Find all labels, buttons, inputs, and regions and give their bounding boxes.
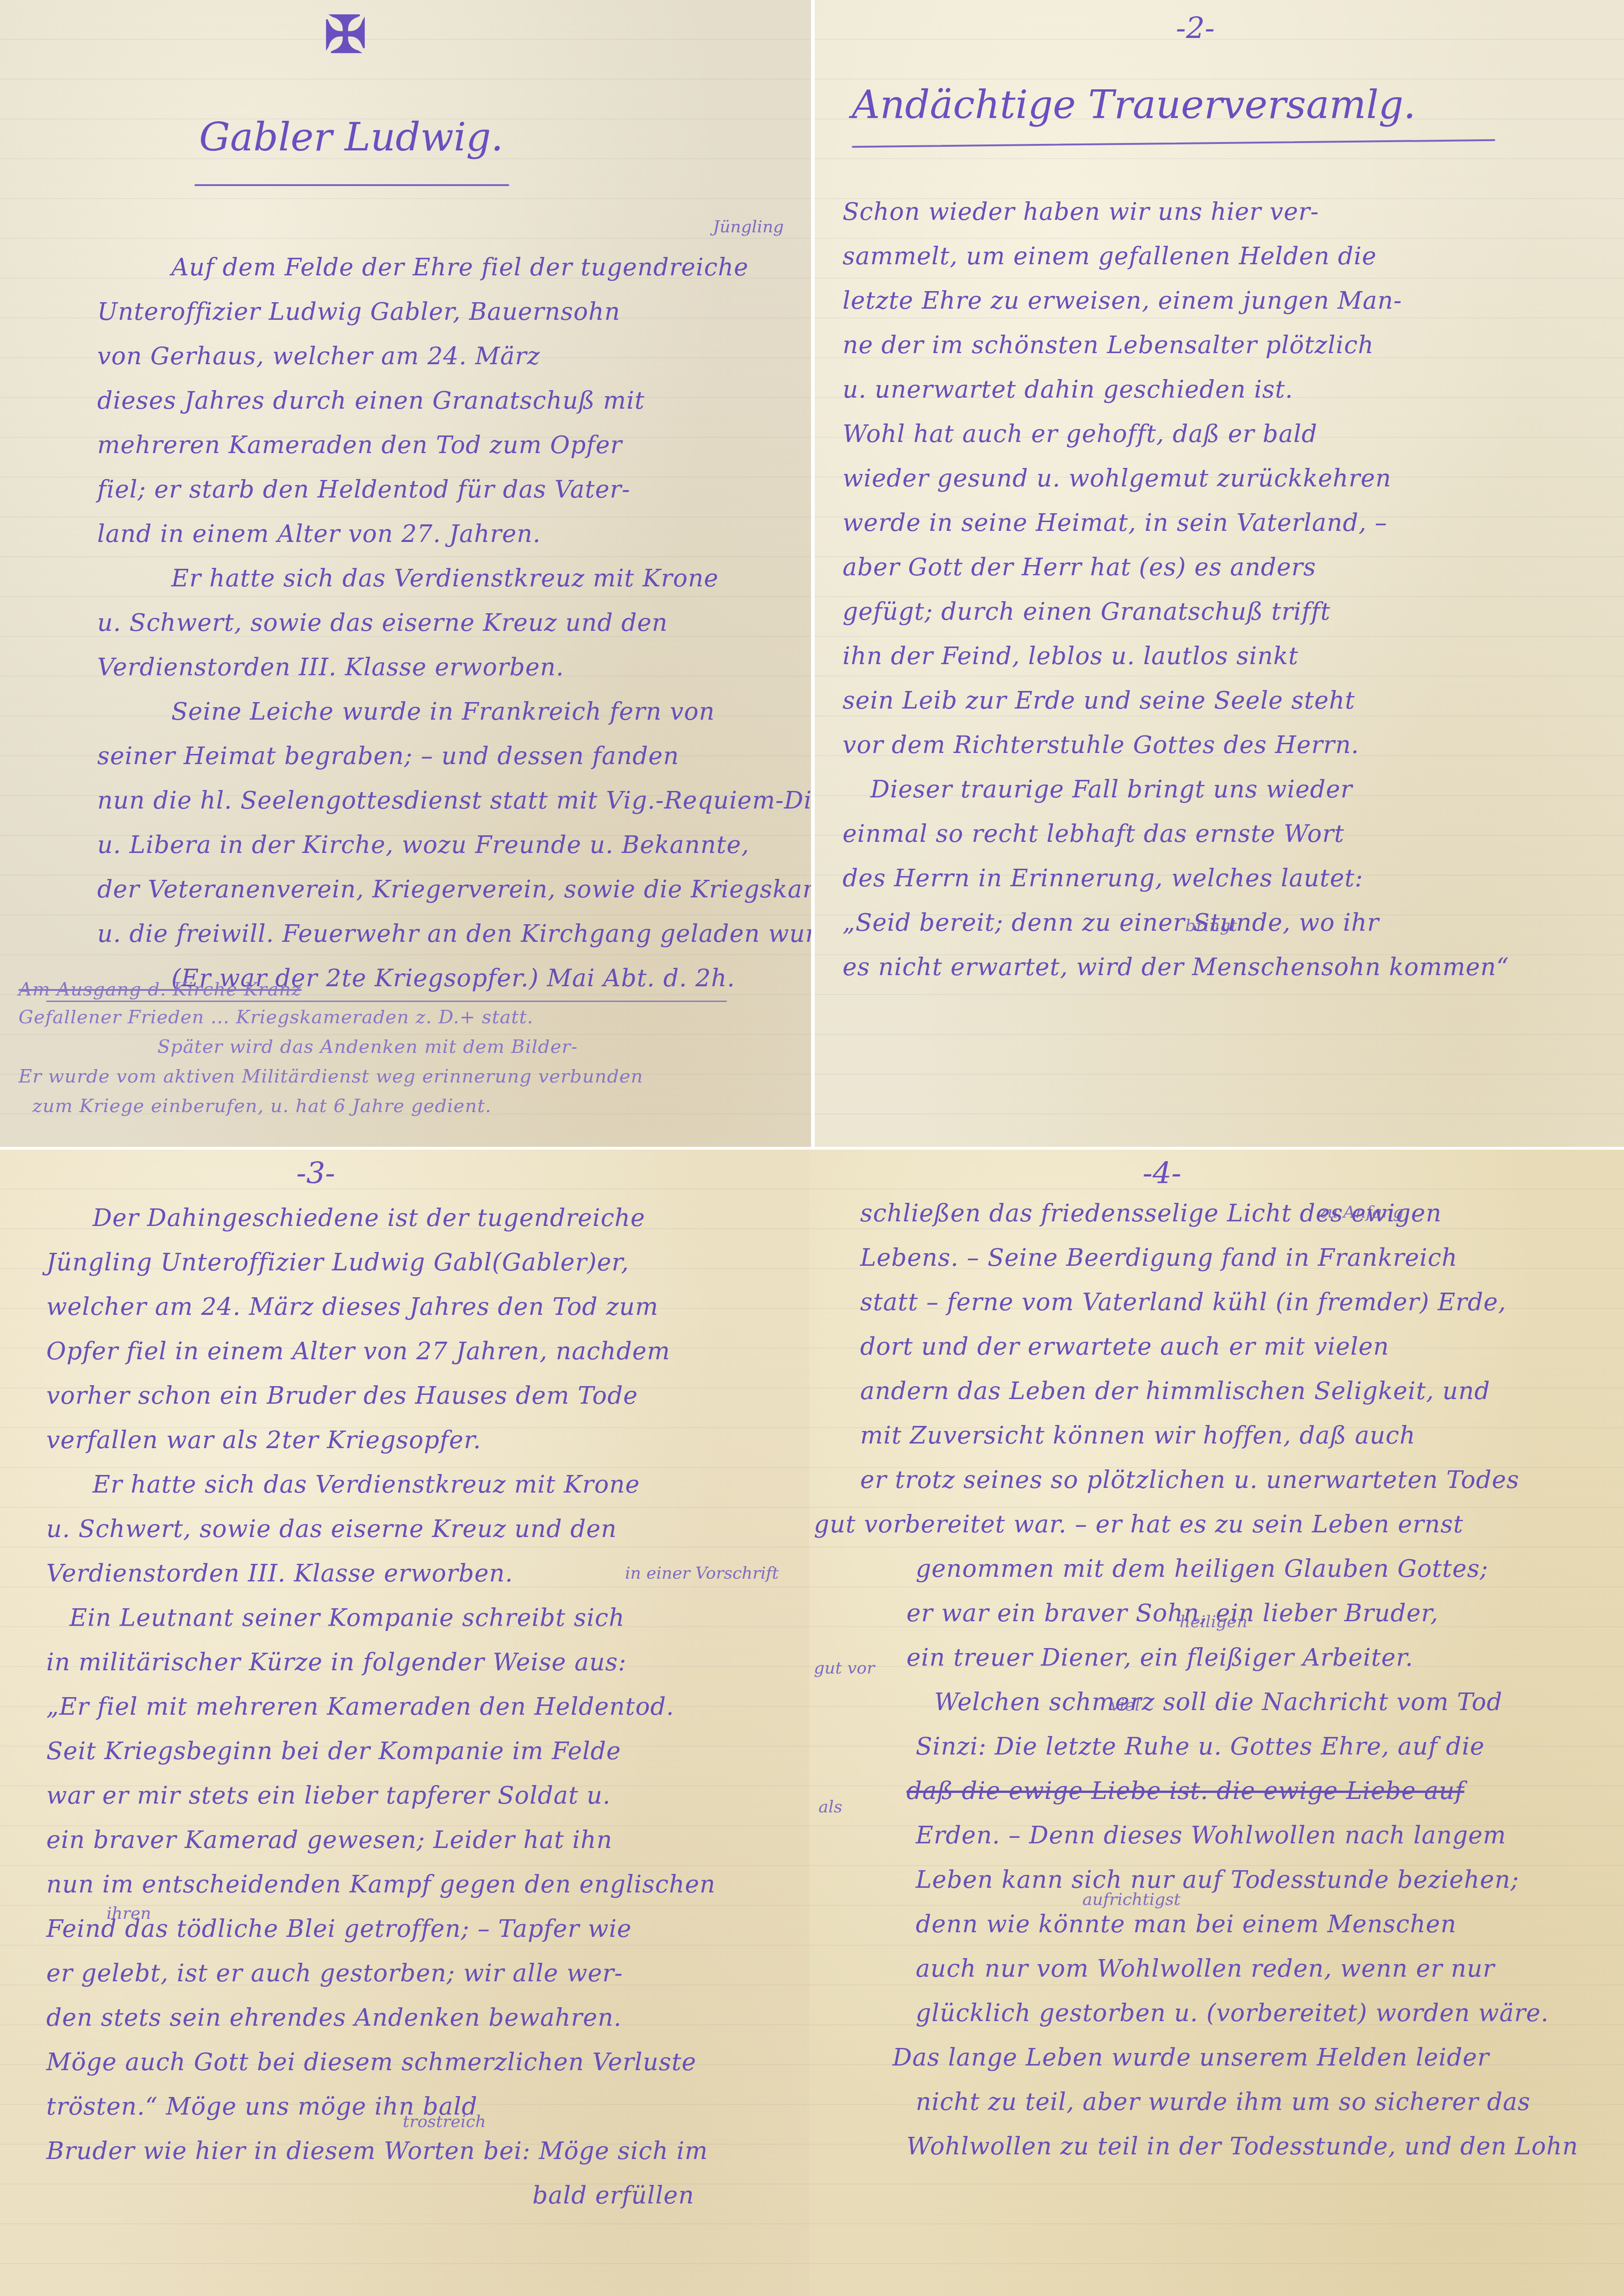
interlinear-note: Jüngling <box>713 218 784 236</box>
text-line: andern das Leben der himmlischen Seligke… <box>860 1369 1624 1413</box>
text-line: Verdienstorden III. Klasse erworben. <box>97 645 811 690</box>
page-4-text: schließen das friedensselige Licht des e… <box>809 1191 1624 2169</box>
text-line: Leben kann sich nur auf Todesstunde bezi… <box>860 1858 1624 1902</box>
text-line: welcher am 24. März dieses Jahres den To… <box>46 1285 809 1329</box>
page-number: -4- <box>1143 1159 1181 1188</box>
text-line: in militärischer Kürze in folgender Weis… <box>46 1640 809 1685</box>
text-line: es nicht erwartet, wird der Menschensohn… <box>843 945 1624 989</box>
text-line: land in einem Alter von 27. Jahren. <box>97 512 811 556</box>
text-line: Unteroffizier Ludwig Gabler, Bauernsohn <box>97 290 811 334</box>
footnote-line: Er wurde vom aktiven Militärdienst weg e… <box>19 1062 811 1091</box>
text-line: „Seid bereit; denn zu einer Stunde, wo i… <box>843 901 1624 945</box>
text-line: den stets sein ehrendes Andenken bewahre… <box>46 1996 809 2040</box>
text-line: von Gerhaus, welcher am 24. März <box>97 334 811 379</box>
page-4: -4- zu Anfang heiligen aufrichtigst viel… <box>809 1150 1624 2296</box>
text-line: Er hatte sich das Verdienstkreuz mit Kro… <box>46 1462 809 1507</box>
text-line: wieder gesund u. wohlgemut zurückkehren <box>843 456 1624 501</box>
text-line: genommen mit dem heiligen Glauben Gottes… <box>860 1547 1624 1591</box>
text-line: Ein Leutnant seiner Kompanie schreibt si… <box>46 1596 809 1640</box>
text-line: er gelebt, ist er auch gestorben; wir al… <box>46 1951 809 1996</box>
cross-icon: ✠ <box>324 9 367 60</box>
text-line: ein braver Kamerad gewesen; Leider hat i… <box>46 1818 809 1862</box>
text-line: Schon wieder haben wir uns hier ver- <box>843 190 1624 234</box>
page-1: ✠ Gabler Ludwig. Jüngling Auf dem Felde … <box>0 0 811 1147</box>
text-line: einmal so recht lebhaft das ernste Wort <box>843 812 1624 856</box>
text-line: trösten.“ Möge uns möge ihn bald <box>46 2084 809 2129</box>
text-line: Auf dem Felde der Ehre fiel der tugendre… <box>97 245 811 290</box>
text-line: Möge auch Gott bei diesem schmerzlichen … <box>46 2040 809 2084</box>
text-line: Er hatte sich das Verdienstkreuz mit Kro… <box>97 556 811 601</box>
text-line: Seit Kriegsbeginn bei der Kompanie im Fe… <box>46 1729 809 1773</box>
text-line: denn wie könnte man bei einem Menschen <box>860 1902 1624 1947</box>
page-1-text: Auf dem Felde der Ehre fiel der tugendre… <box>0 245 811 1001</box>
page-1-footnotes: Am Ausgang d. Kirche Kranz Gefallener Fr… <box>0 977 811 1121</box>
text-line-struck: daß die ewige Liebe ist. die ewige Liebe… <box>860 1769 1624 1813</box>
text-line: ihn der Feind, leblos u. lautlos sinkt <box>843 634 1624 678</box>
text-line: u. Libera in der Kirche, wozu Freunde u.… <box>97 823 811 867</box>
text-line: Lebens. – Seine Beerdigung fand in Frank… <box>860 1236 1624 1280</box>
text-line: Wohl hat auch er gehofft, daß er bald <box>843 412 1624 456</box>
page-3: -3- in einer Vorschrift ihren trostreich… <box>0 1150 809 2296</box>
text-line: gut vorbereitet war. – er hat es zu sein… <box>814 1502 1624 1547</box>
text-line: Opfer fiel in einem Alter von 27 Jahren,… <box>46 1329 809 1374</box>
page-number: -2- <box>1176 14 1215 44</box>
text-line: u. Schwert, sowie das eiserne Kreuz und … <box>97 601 811 645</box>
text-line: Bruder wie hier in diesem Worten bei: Mö… <box>46 2129 809 2173</box>
text-line: Der Dahingeschiedene ist der tugendreich… <box>46 1196 809 1240</box>
text-line: der Veteranenverein, Kriegerverein, sowi… <box>97 867 811 912</box>
title-underline <box>852 139 1495 148</box>
text-line: Wohlwollen zu teil in der Todesstunde, u… <box>860 2124 1624 2169</box>
text-line: aber Gott der Herr hat (es) es anders <box>843 545 1624 590</box>
text-line: u. unerwartet dahin geschieden ist. <box>843 367 1624 412</box>
text-line: verfallen war als 2ter Kriegsopfer. <box>46 1418 809 1462</box>
text-line: sein Leib zur Erde und seine Seele steht <box>843 678 1624 723</box>
text-line: fiel; er starb den Heldentod für das Vat… <box>97 467 811 512</box>
footnote-line: Am Ausgang d. Kirche Kranz <box>19 977 811 1002</box>
page-seam-vertical-top <box>811 0 815 1150</box>
text-line: des Herrn in Erinnerung, welches lautet: <box>843 856 1624 901</box>
text-line: ein treuer Diener, ein fleißiger Arbeite… <box>860 1636 1624 1680</box>
text-line: Dieser traurige Fall bringt uns wieder <box>843 767 1624 812</box>
page-3-text: Der Dahingeschiedene ist der tugendreich… <box>0 1196 809 2218</box>
text-line: dieses Jahres durch einen Granatschuß mi… <box>97 379 811 423</box>
text-line: Sinzi: Die letzte Ruhe u. Gottes Ehre, a… <box>860 1724 1624 1769</box>
text-line: glücklich gestorben u. (vorbereitet) wor… <box>860 1991 1624 2035</box>
text-line: Welchen schmerz soll die Nachricht vom T… <box>860 1680 1624 1724</box>
text-line: Erden. – Denn dieses Wohlwollen nach lan… <box>860 1813 1624 1858</box>
text-line: mit Zuversicht können wir hoffen, daß au… <box>860 1413 1624 1458</box>
text-line: Feind das tödliche Blei getroffen; – Tap… <box>46 1907 809 1951</box>
page-title: Andächtige Trauerversamlg. <box>852 83 1416 126</box>
text-line: Verdienstorden III. Klasse erworben. <box>46 1551 809 1596</box>
text-line: vorher schon ein Bruder des Hauses dem T… <box>46 1374 809 1418</box>
text-line: Das lange Leben wurde unserem Helden lei… <box>860 2035 1624 2080</box>
text-line: werde in seine Heimat, in sein Vaterland… <box>843 501 1624 545</box>
text-line: seiner Heimat begraben; – und dessen fan… <box>97 734 811 778</box>
text-line: ne der im schönsten Lebensalter plötzlic… <box>843 323 1624 367</box>
footnote-line: zum Kriege einberufen, u. hat 6 Jahre ge… <box>19 1091 811 1121</box>
text-line: gefügt; durch einen Granatschuß trifft <box>843 590 1624 634</box>
text-line: „Er fiel mit mehreren Kameraden den Held… <box>46 1685 809 1729</box>
text-line: bald erfüllen <box>46 2173 809 2218</box>
page-number: -3- <box>296 1159 335 1188</box>
page-2: -2- Andächtige Trauerversamlg. bringt Sc… <box>815 0 1624 1147</box>
text-line: dort und der erwartete auch er mit viele… <box>860 1325 1624 1369</box>
text-line: u. Schwert, sowie das eiserne Kreuz und … <box>46 1507 809 1551</box>
text-line: Seine Leiche wurde in Frankreich fern vo… <box>97 690 811 734</box>
text-line: sammelt, um einem gefallenen Helden die <box>843 234 1624 279</box>
text-line: schließen das friedensselige Licht des e… <box>860 1191 1624 1236</box>
footnote-line: Später wird das Andenken mit dem Bilder- <box>19 1032 811 1062</box>
text-line: vor dem Richterstuhle Gottes des Herrn. <box>843 723 1624 767</box>
text-line: letzte Ehre zu erweisen, einem jungen Ma… <box>843 279 1624 323</box>
text-line: nicht zu teil, aber wurde ihm um so sich… <box>860 2080 1624 2124</box>
text-line: mehreren Kameraden den Tod zum Opfer <box>97 423 811 467</box>
footnote-line: Gefallener Frieden ... Kriegskameraden z… <box>19 1002 811 1032</box>
text-line: u. die freiwill. Feuerwehr an den Kirchg… <box>97 912 811 956</box>
page-title: Gabler Ludwig. <box>199 116 503 158</box>
text-line: Jüngling Unteroffizier Ludwig Gabl(Gable… <box>46 1240 809 1285</box>
title-underline <box>194 184 509 186</box>
page-2-text: Schon wieder haben wir uns hier ver- sam… <box>815 190 1624 989</box>
text-line: er war ein braver Sohn, ein lieber Brude… <box>860 1591 1624 1636</box>
text-line: nun im entscheidenden Kampf gegen den en… <box>46 1862 809 1907</box>
text-line: er trotz seines so plötzlichen u. unerwa… <box>860 1458 1624 1502</box>
text-line: nun die hl. Seelengottesdienst statt mit… <box>97 778 811 823</box>
text-line: auch nur vom Wohlwollen reden, wenn er n… <box>860 1947 1624 1991</box>
text-line: statt – ferne vom Vaterland kühl (in fre… <box>860 1280 1624 1325</box>
text-line: war er mir stets ein lieber tapferer Sol… <box>46 1773 809 1818</box>
